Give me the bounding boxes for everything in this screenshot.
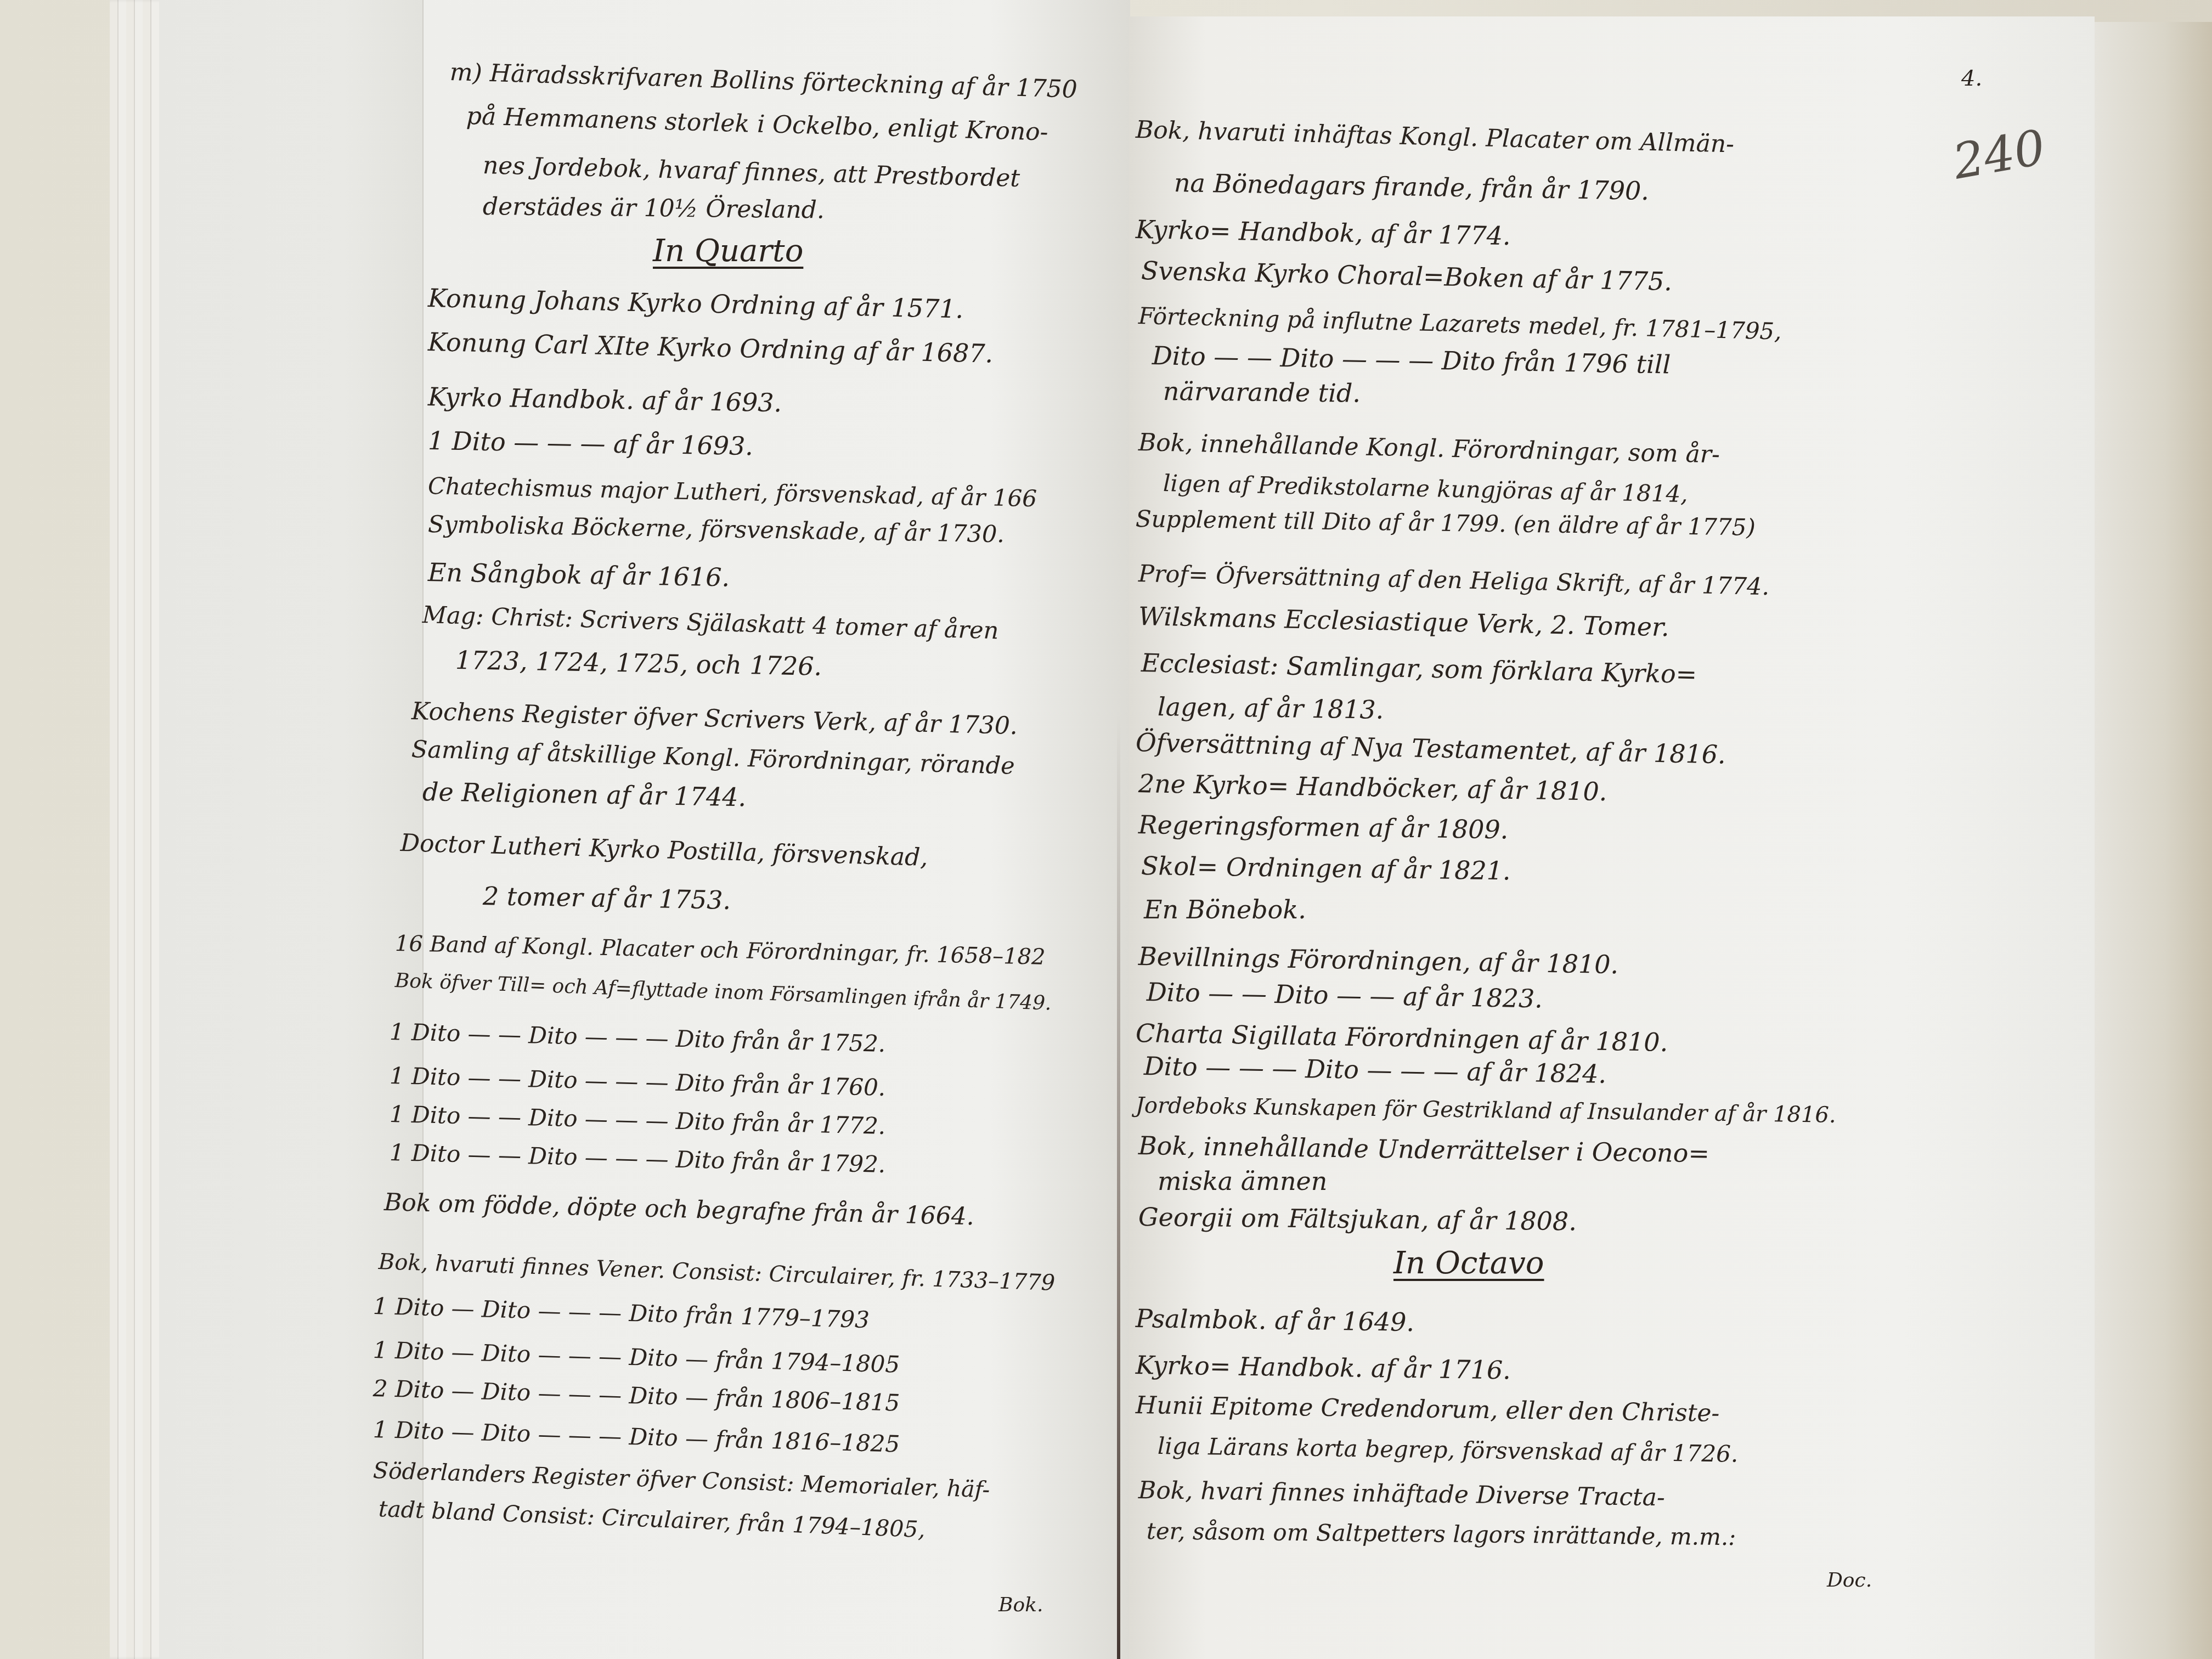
right-line: Bok, hvari finnes inhäftade Diverse Trac…: [1138, 1479, 1665, 1510]
book-gutter: [1117, 713, 1120, 1659]
right-line: miska ämnen: [1158, 1169, 1327, 1194]
blank-flyleaf: [159, 0, 422, 1659]
right-line: Psalmbok. af år 1649.: [1136, 1306, 1415, 1335]
left-line: En Sångbok af år 1616.: [428, 560, 730, 590]
right-catchword: Doc.: [1827, 1569, 1872, 1592]
left-line: 1 Dito — — — af år 1693.: [428, 428, 754, 459]
left-catchword: Bok.: [998, 1594, 1043, 1616]
left-line: de Religionen af år 1744.: [422, 779, 747, 810]
right-line: Georgii om Fältsjukan, af år 1808.: [1138, 1204, 1577, 1234]
section-heading-octavo: In Octavo: [1393, 1248, 1544, 1279]
right-line: Skol= Ordningen af år 1821.: [1141, 853, 1511, 883]
right-line: ter, såsom om Saltpetters lagors inrätta…: [1147, 1520, 1736, 1549]
right-line: na Bönedagars firande, från år 1790.: [1174, 170, 1650, 204]
right-line: lagen, af år 1813.: [1158, 694, 1384, 723]
right-line: Bevillnings Förordningen, af år 1810.: [1138, 944, 1619, 977]
right-line: 2ne Kyrko= Handböcker, af år 1810.: [1138, 771, 1607, 804]
right-line: närvarande tid.: [1163, 379, 1361, 406]
page-number: 4.: [1961, 66, 1982, 91]
left-line: 1723, 1724, 1725, och 1726.: [455, 647, 822, 679]
right-line: Dito — — Dito — — af år 1823.: [1147, 979, 1543, 1012]
section-heading-quarto: In Quarto: [653, 236, 803, 267]
right-line: En Bönebok.: [1144, 897, 1306, 922]
right-line: Bok, innehållande Underrättelser i Oecon…: [1138, 1133, 1710, 1166]
right-line: Dito — — — Dito — — — af år 1824.: [1144, 1053, 1607, 1087]
left-line: Kyrko Handbok. af år 1693.: [428, 384, 782, 415]
right-line: Kyrko= Handbok, af år 1774.: [1136, 217, 1511, 249]
left-line: derstädes är 10½ Öresland.: [483, 195, 825, 223]
page-stack-edge-right: [2095, 22, 2212, 1659]
left-line: 2 tomer af år 1753.: [483, 883, 731, 913]
right-line: Kyrko= Handbok. af år 1716.: [1136, 1352, 1511, 1383]
right-line: Regeringsformen af år 1809.: [1138, 812, 1509, 842]
